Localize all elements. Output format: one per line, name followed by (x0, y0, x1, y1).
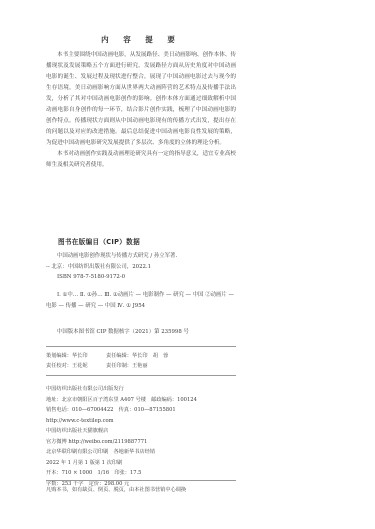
responsible-editor: 责任编辑：华长印 胡 蓉 (106, 352, 168, 362)
cip-record: 中国动画电影创作现状与传播方式研究 / 孙立军著. -- 北京：中国纺织出版社有… (46, 251, 236, 283)
proofreader: 责任校对：王花妮 (46, 362, 106, 372)
phone-fax: 销售电话：010—67004422 传真：010—87155801 (46, 405, 236, 416)
tmall-store: 中国纺织出版社天猫旗舰店 (46, 426, 236, 437)
cip-classification: Ⅰ. ①中… Ⅱ. ①孙… Ⅲ. ①动画片 — 电影制作 — 研究 — 中国 ②… (46, 290, 236, 311)
printer: 北京华联印刷有限公司印刷 各地新华书店经销 (46, 447, 236, 458)
cip-classification-text: Ⅰ. ①中… Ⅱ. ①孙… Ⅲ. ①动画片 — 电影制作 — 研究 — 中国 ②… (46, 290, 236, 311)
divider (46, 346, 236, 347)
edition: 2022 年 1 月第 1 版第 1 次印刷 (46, 458, 236, 469)
website: http://www.c-textilep.com (46, 416, 236, 427)
summary-paragraph: 本书对动画创作实践及动画理论研究具有一定的指导意义，适宜专业高校师生及相关研究者… (46, 149, 236, 171)
divider (46, 375, 236, 376)
planning-editor: 策划编辑：华长印 (46, 352, 106, 362)
publisher: 中国纺织出版社有限公司出版发行 (46, 384, 236, 395)
cip-title-line: 中国动画电影创作现状与传播方式研究 / 孙立军著. (46, 251, 236, 262)
footer-notice: 凡购本书，如有缺页、倒页、脱页，由本社图书营销中心调换 (46, 486, 236, 493)
divider (46, 480, 236, 481)
print-supervisor: 责任印制：王艳丽 (106, 362, 148, 372)
weibo: 官方微博 http://weibo.com/2119887771 (46, 437, 236, 448)
publication-info: 中国纺织出版社有限公司出版发行 地址：北京市朝阳区百子湾东里 A407 号楼 邮… (46, 384, 236, 489)
credits-row: 责任校对：王花妮 责任印制：王艳丽 (46, 362, 236, 372)
summary-title: 内 容 提 要 (46, 34, 236, 45)
summary-paragraph: 本书主要围绕中国动画电影，从发展路径、美日动画影响、创作本体、传播现状及发展策略… (46, 50, 236, 149)
format: 开本：710 × 1000 1/16 印张：17.5 (46, 468, 236, 479)
cip-heading: 图书在版编目（CIP）数据 (58, 236, 140, 246)
cip-publisher-line: -- 北京：中国纺织出版社有限公司，2022.1 (46, 262, 236, 273)
cip-isbn: ISBN 978-7-5180-9172-0 (46, 272, 236, 283)
summary-text: 本书主要围绕中国动画电影，从发展路径、美日动画影响、创作本体、传播现状及发展策略… (46, 50, 236, 171)
credits: 策划编辑：华长印 责任编辑：华长印 胡 蓉 责任校对：王花妮 责任印制：王艳丽 (46, 352, 236, 371)
cip-record-number: 中国版本图书馆 CIP 数据核字（2021）第 235998 号 (57, 327, 189, 335)
address: 地址：北京市朝阳区百子湾东里 A407 号楼 邮政编码：100124 (46, 395, 236, 406)
credits-row: 策划编辑：华长印 责任编辑：华长印 胡 蓉 (46, 352, 236, 362)
